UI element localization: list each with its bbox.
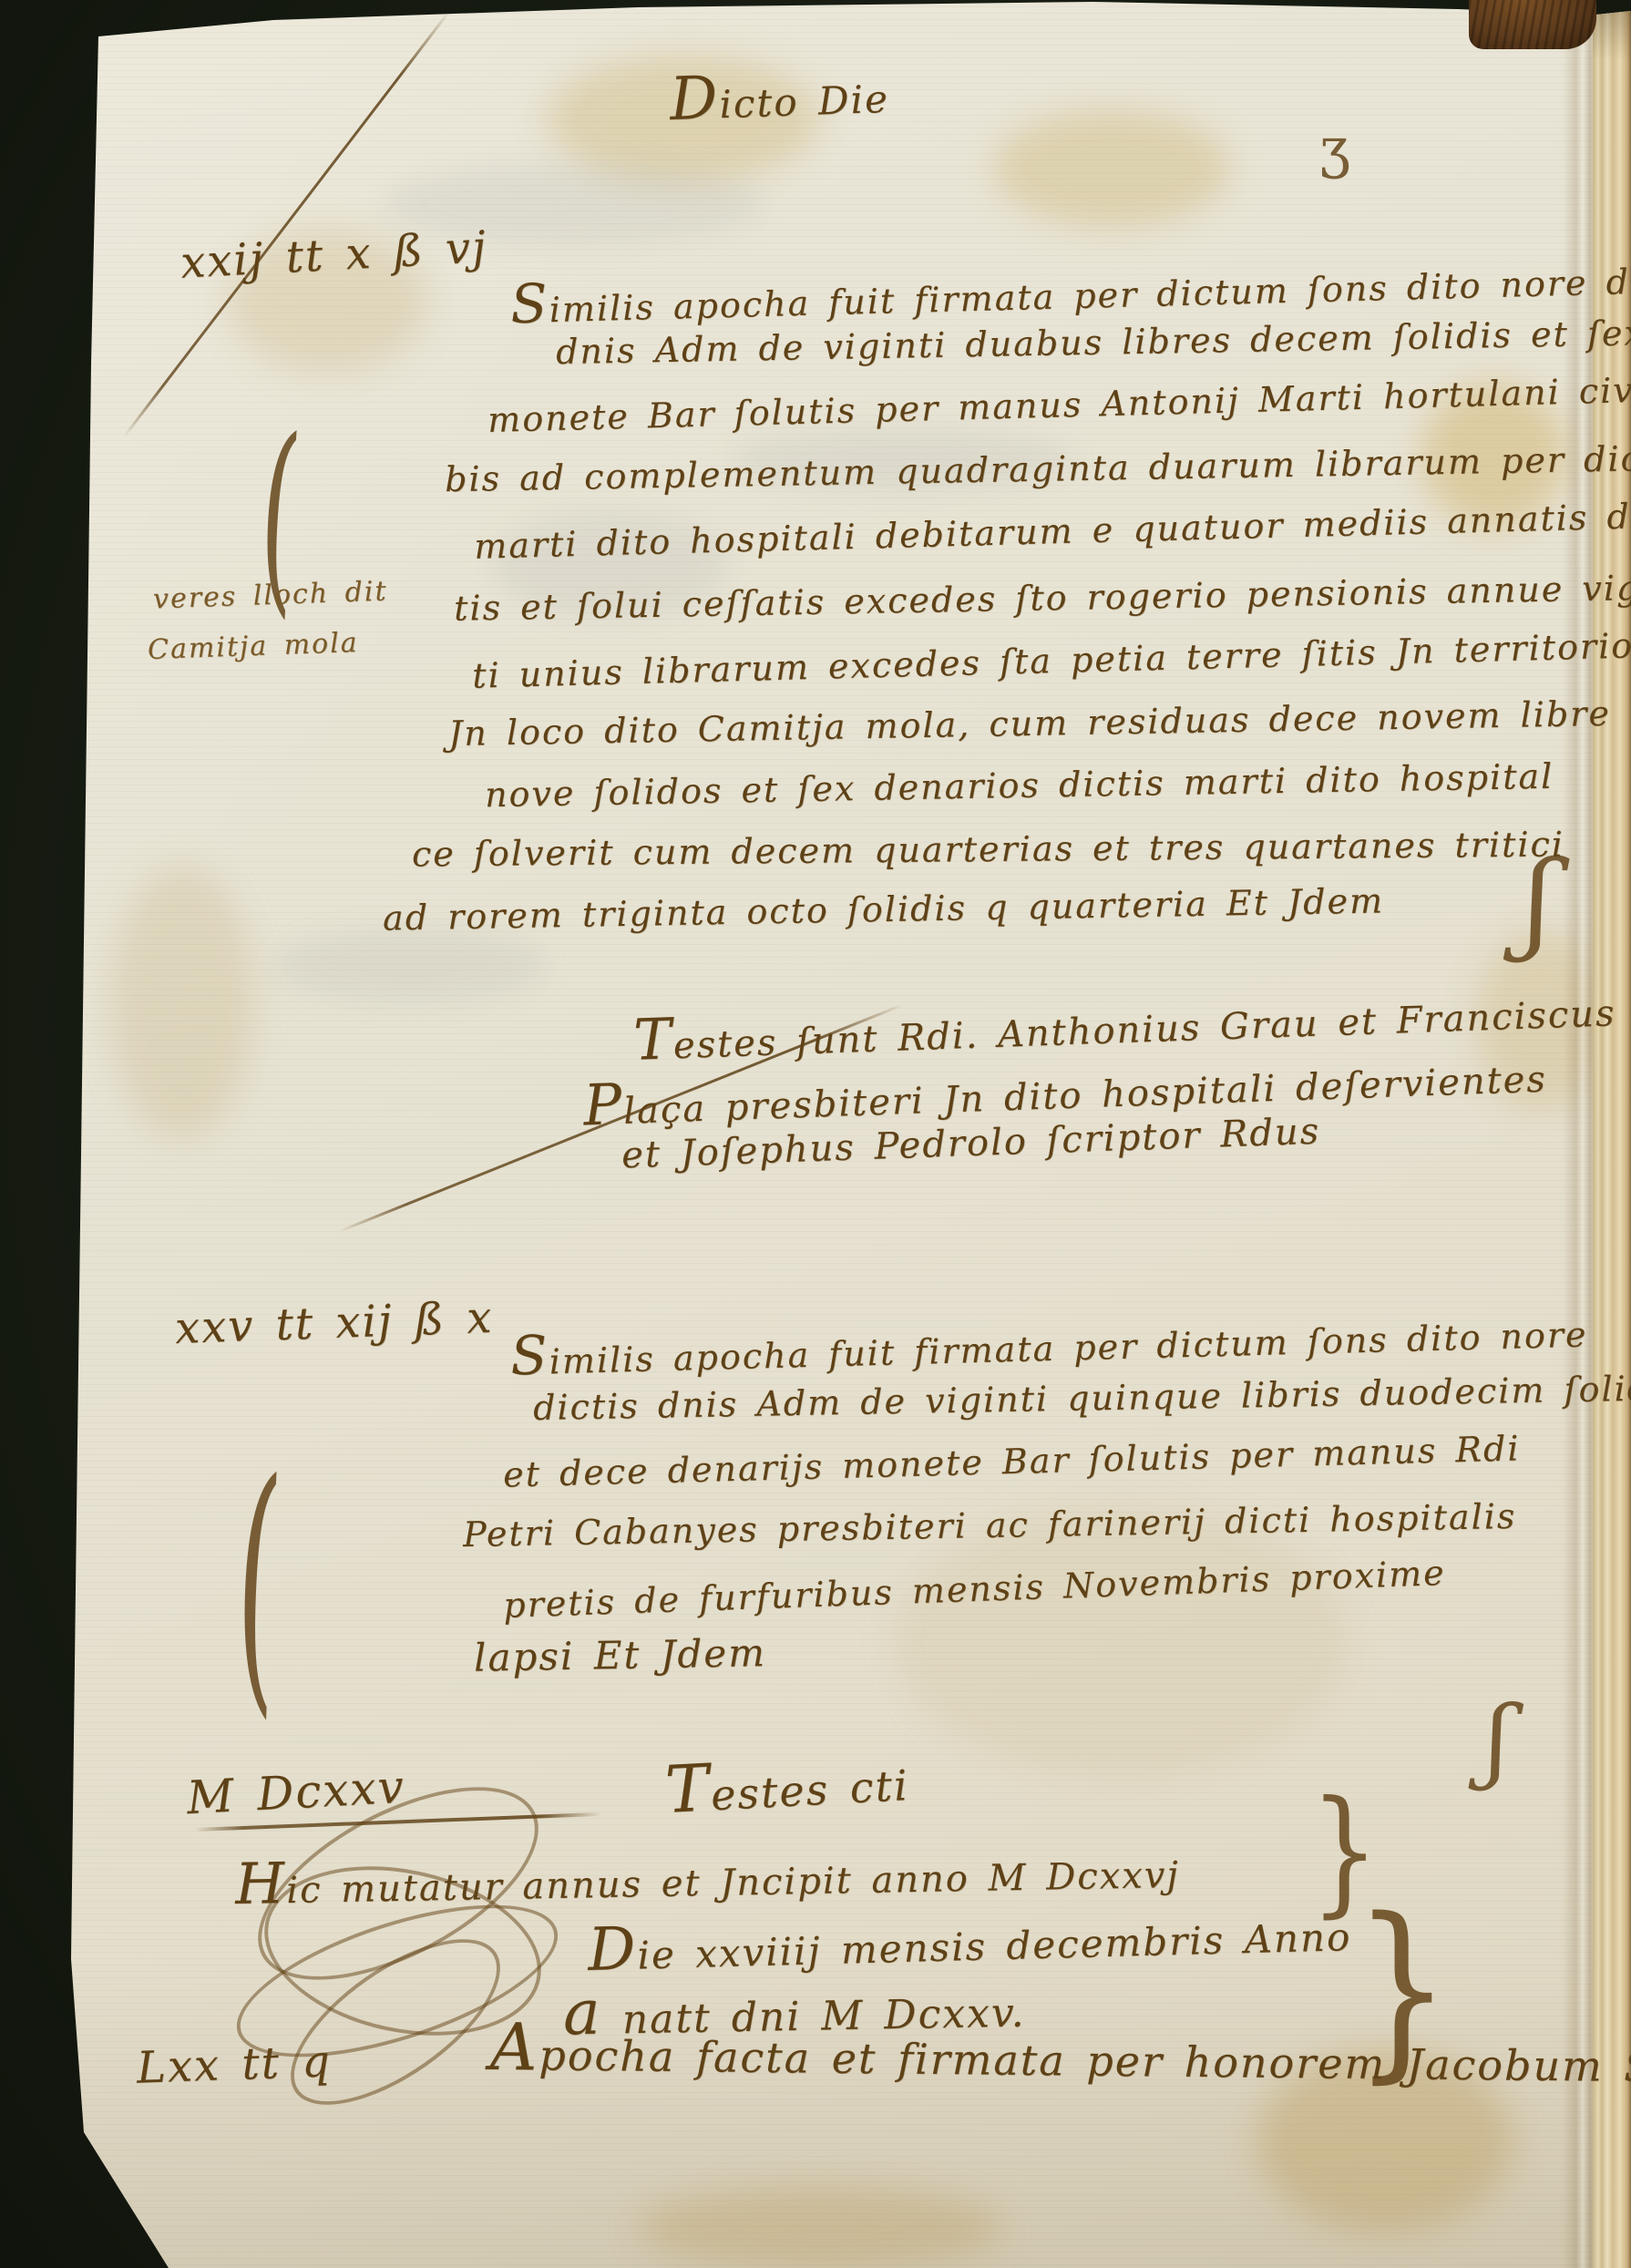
- entry2-line-6: lapsi Et Jdem: [474, 1630, 767, 1680]
- page-heading: Dicto Die: [669, 58, 890, 134]
- closing-apocha-line: Apocha facta et firmata per honorem Jaco…: [490, 2009, 1631, 2098]
- squiggle-flourish: ʒ: [1319, 117, 1350, 180]
- testes-short-note: Testes cti: [663, 1739, 910, 1828]
- paper-stain: [109, 866, 255, 1139]
- swash-flourish: ʃ: [1485, 1686, 1510, 1792]
- manuscript-photo: ( ( } } ʒ ʃ ʃ Dicto Die xxij tt x ß vj v…: [0, 0, 1631, 2268]
- paper-stain: [993, 109, 1230, 228]
- bottom-margin-amount: Lxx tt q: [136, 2036, 333, 2093]
- paper-stain: [638, 2187, 1002, 2268]
- spine-leather-fragment: [1469, 0, 1596, 49]
- ink-showthrough: [273, 929, 547, 1002]
